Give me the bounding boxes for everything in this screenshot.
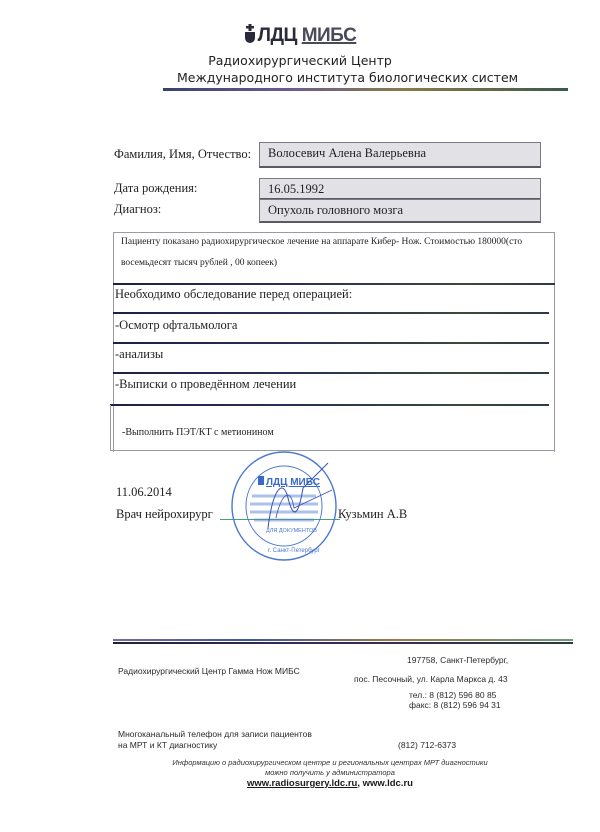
doctor-position: Врач нейрохирург — [116, 507, 213, 522]
footer-links: www.radiosurgery.ldc.ru, www.ldc.ru — [100, 778, 560, 789]
divider — [113, 312, 549, 314]
referral-line-2: восемьдесят тысяч рублей , 00 копеек) — [121, 253, 555, 274]
footer-phone: тел.: 8 (812) 596 80 85 — [409, 690, 496, 700]
extra-exam-item: -Выполнить ПЭТ/КТ с метионином — [122, 427, 274, 438]
referral-line-1: Пациенту показано радиохирургическое леч… — [121, 232, 555, 253]
header-divider — [163, 88, 568, 91]
address-line-2: пос. Песочный, ул. Карла Маркса д. 43 — [354, 674, 508, 684]
footer-center-name: Радиохирургический Центр Гамма Нож МИБС — [118, 666, 300, 676]
logo-text-ldc: ЛДЦ — [258, 25, 297, 46]
multichannel-line-1: Многоканальный телефон для записи пациен… — [118, 729, 312, 739]
address-line-1: 197758, Санкт-Петербург, — [407, 655, 508, 665]
cross-logo-icon — [244, 24, 256, 44]
name-field: Волосевич Алена Валерьевна — [259, 142, 541, 168]
divider — [113, 372, 549, 374]
divider — [113, 283, 555, 285]
link-radiosurgery[interactable]: www.radiosurgery.ldc.ru — [247, 778, 357, 789]
info-line-2: можно получить у администратора — [100, 768, 560, 777]
footer-divider — [113, 642, 573, 644]
dob-field: 16.05.1992 — [259, 178, 541, 200]
link-ldc[interactable]: www.ldc.ru — [363, 778, 413, 789]
svg-text:г. Санкт-Петербург: г. Санкт-Петербург — [268, 548, 321, 554]
referral-text: Пациенту показано радиохирургическое леч… — [113, 232, 555, 274]
divider — [113, 342, 549, 344]
signature-date: 11.06.2014 — [116, 485, 172, 500]
footer-fax: факс: 8 (812) 596 94 31 — [409, 700, 501, 710]
footer-divider — [113, 639, 573, 641]
header-line-2: Международного института биологических с… — [162, 70, 562, 85]
stamp-seal-icon: ЛДЦ МИБС ДЛЯ ДОКУМЕНТОВ г. Санкт-Петербу… — [228, 448, 340, 564]
exam-item: -анализы — [115, 347, 163, 362]
header-line-1: Радиохирургический Центр — [0, 53, 600, 68]
required-exams-heading: Необходимо обследование перед операцией: — [115, 287, 352, 302]
diagnosis-label: Диагноз: — [114, 202, 161, 217]
name-label: Фамилия, Имя, Отчество: — [114, 147, 251, 162]
svg-text:ДЛЯ ДОКУМЕНТОВ: ДЛЯ ДОКУМЕНТОВ — [266, 528, 317, 534]
clinic-logo: ЛДЦ МИБС — [0, 24, 600, 47]
clinic-stamp: ЛДЦ МИБС ДЛЯ ДОКУМЕНТОВ г. Санкт-Петербу… — [228, 448, 340, 564]
exam-item: -Осмотр офтальмолога — [115, 318, 237, 333]
dob-label: Дата рождения: — [114, 181, 197, 196]
doctor-name: Кузьмин А.В — [338, 507, 407, 522]
diagnosis-field: Опухоль головного мозга — [259, 199, 541, 223]
exam-item: -Выписки о проведённом лечении — [115, 377, 296, 392]
multichannel-line-2: на МРТ и КТ диагностику — [118, 740, 217, 750]
info-line-1: Информацию о радиохирургическом центре и… — [100, 758, 560, 767]
multichannel-phone: (812) 712-6373 — [398, 740, 456, 750]
logo-text-mibs: МИБС — [302, 25, 357, 46]
